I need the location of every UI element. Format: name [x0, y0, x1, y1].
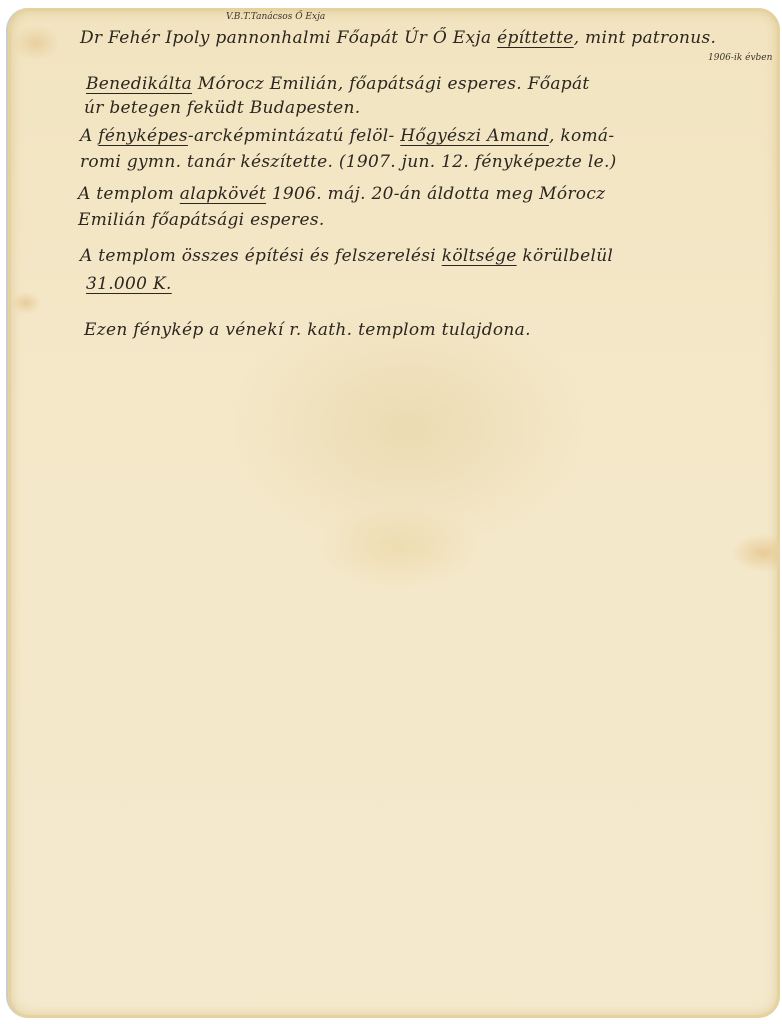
text-segment: Mórocz Emilián, főapátsági esperes. Főap… [192, 74, 589, 94]
annotation-title: V.B.T.Tanácsos Ő Exja [226, 12, 325, 22]
photo-card-back: V.B.T.Tanácsos Ő Exja 1906-ik évben Dr F… [6, 8, 780, 1018]
text-segment: romi gymn. tanár készítette. (1907. jun.… [80, 152, 617, 172]
text-segment: Dr Fehér Ipoly pannonhalmi Főapát Úr Ő E… [80, 28, 497, 48]
underlined-text: alapkövét [180, 184, 266, 204]
text-segment: körülbelül [517, 246, 614, 266]
text-segment: , mint patronus. [574, 28, 717, 48]
paragraph-3-line-2: romi gymn. tanár készítette. (1907. jun.… [80, 152, 617, 172]
paragraph-6-line-1: Ezen fénykép a vénekí r. kath. templom t… [84, 320, 531, 340]
text-segment: -arcképmintázatú felöl- [188, 126, 400, 146]
paragraph-4-line-2: Emilián főapátsági esperes. [78, 210, 325, 230]
underlined-text: költsége [442, 246, 517, 266]
underlined-text: Hőgyészi Amand [400, 126, 549, 146]
text-segment: 1906. máj. 20-án áldotta meg Mórocz [266, 184, 605, 204]
text-segment: , komá- [549, 126, 614, 146]
underlined-text: 31.000 K. [86, 274, 172, 294]
underlined-text: Benedikálta [86, 74, 192, 94]
text-segment: Ezen fénykép a vénekí r. kath. templom t… [84, 320, 531, 340]
text-segment: A [80, 126, 98, 146]
text-segment: A templom összes építési és felszerelési [80, 246, 442, 266]
annotation-year: 1906-ik évben [708, 53, 772, 63]
paragraph-2-line-2: úr betegen feküdt Budapesten. [84, 98, 360, 118]
text-segment: Emilián főapátsági esperes. [78, 210, 325, 230]
paragraph-3-line-1: A fényképes-arcképmintázatú felöl- Hőgyé… [80, 126, 614, 146]
paragraph-4-line-1: A templom alapkövét 1906. máj. 20-án áld… [78, 184, 605, 204]
text-segment: úr betegen feküdt Budapesten. [84, 98, 360, 118]
paragraph-2-line-1: Benedikálta Mórocz Emilián, főapátsági e… [86, 74, 590, 94]
underlined-text: fényképes [98, 126, 188, 146]
paragraph-5-line-1: A templom összes építési és felszerelési… [80, 246, 613, 266]
paragraph-5-line-2: 31.000 K. [86, 274, 172, 294]
paragraph-1-line-1: Dr Fehér Ipoly pannonhalmi Főapát Úr Ő E… [80, 28, 716, 48]
text-segment: A templom [78, 184, 180, 204]
underlined-text: építtette [497, 28, 574, 48]
